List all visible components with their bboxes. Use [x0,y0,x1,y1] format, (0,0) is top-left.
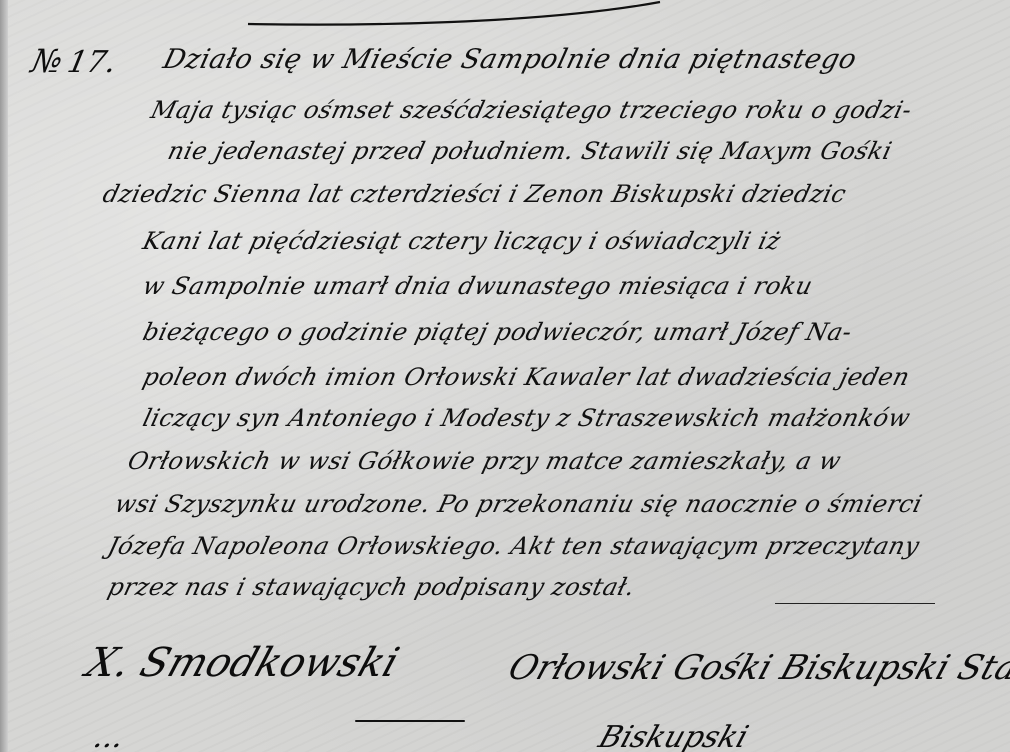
signature-witnesses: Orłowski Gośki Biskupski Stawiący [504,648,1010,688]
record-line: liczący syn Antoniego i Modesty z Strasz… [140,404,913,432]
record-line: Józefa Napoleona Orłowskiego. Akt ten st… [105,532,923,560]
entry-number: №17. [28,42,120,80]
signature-biskupski: Biskupski [594,720,752,752]
record-line: dziedzic Sienna lat czterdzieści i Zenon… [100,180,849,208]
record-line: nie jedenastej przed południem. Stawili … [165,137,895,165]
record-line: bieżącego o godzinie piątej podwieczór, … [140,318,855,346]
record-line: Działo się w Mieście Sampolnie dnia pięt… [160,44,860,75]
entry-number-value: 17. [64,45,119,80]
signature-partial: ... [89,720,129,752]
closing-rule [775,603,935,604]
record-line: wsi Szyszynku urodzone. Po przekonaniu s… [112,490,925,518]
record-line: przez nas i stawających podpisany został… [105,573,638,601]
document-page: №17. Działo się w Mieście Sampolnie dnia… [0,0,1010,752]
entry-number-prefix: № [28,42,66,80]
top-flourish-stroke [240,0,670,30]
record-line: Orłowskich w wsi Gółkowie przy matce zam… [125,447,844,475]
signature-underline [355,720,465,722]
record-line: Maja tysiąc ośmset sześćdziesiątego trze… [148,96,915,124]
record-line: Kani lat pięćdziesiąt cztery liczący i o… [140,227,784,255]
record-line: poleon dwóch imion Orłowski Kawaler lat … [140,363,913,391]
signature-priest: X. Smodkowski [81,640,405,686]
record-line: w Sampolnie umarł dnia dwunastego miesią… [140,272,816,300]
page-edge-shadow [0,0,8,752]
